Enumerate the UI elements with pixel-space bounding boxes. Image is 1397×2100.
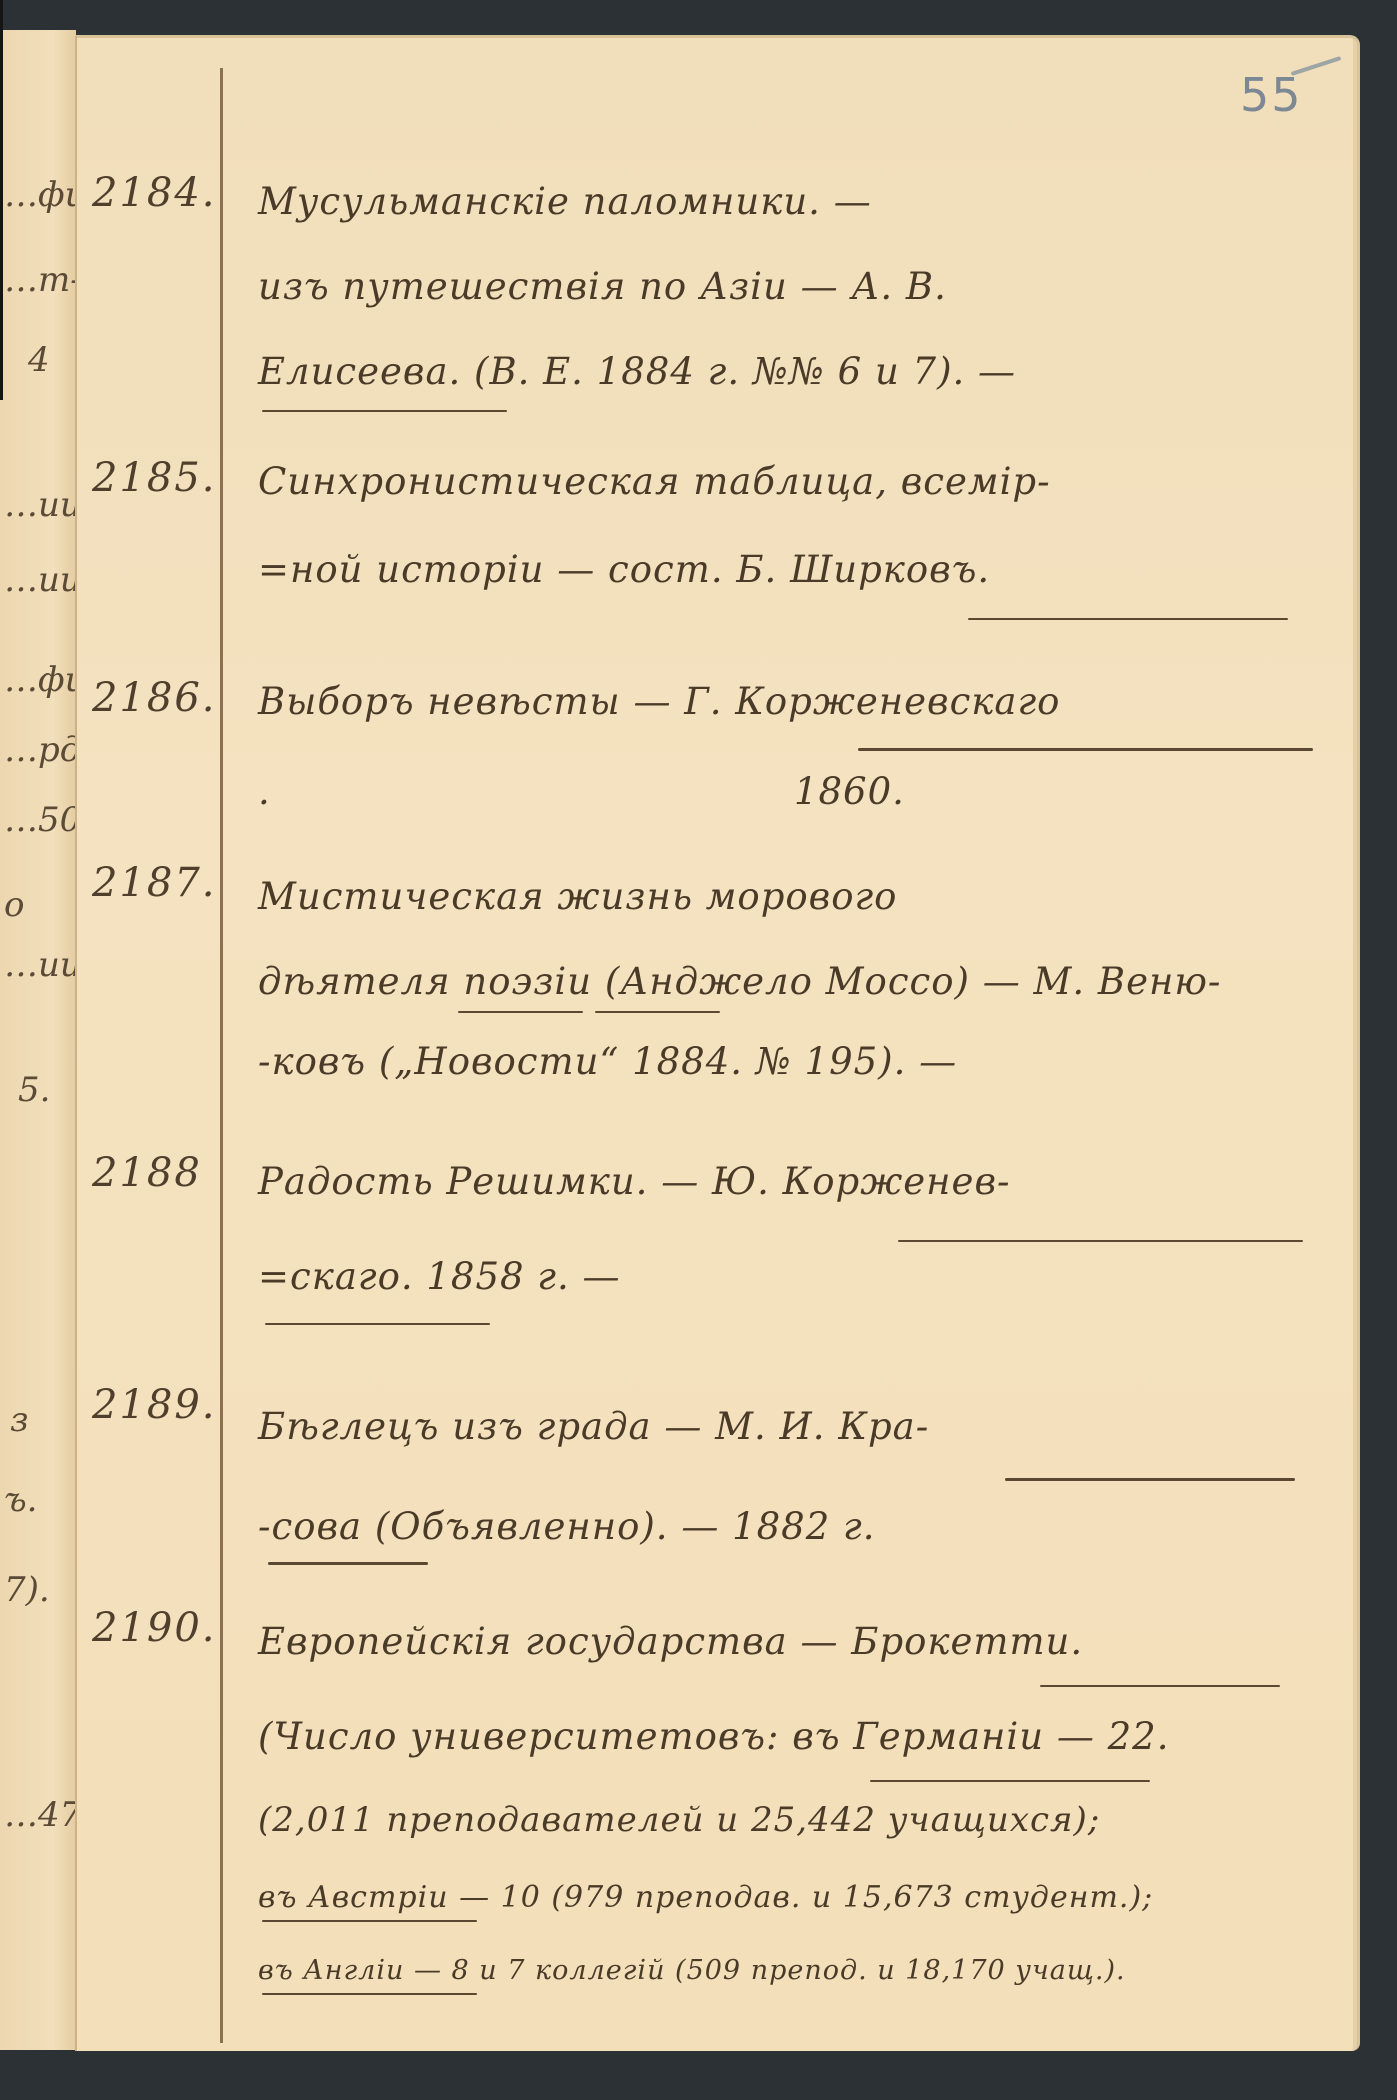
entry-line: Мусульманскіе паломники. — — [258, 180, 872, 223]
entry-number: 2184. — [92, 170, 217, 216]
page-number: 55 — [1240, 68, 1303, 122]
underline — [968, 618, 1288, 620]
entry-line: Европейскія государства — Брокетти. — [258, 1620, 1083, 1663]
underline — [1040, 1685, 1280, 1687]
entry-line: =ной исторіи — сост. Б. Ширковъ. — [258, 548, 990, 591]
entry-line: (2,011 преподавателей и 25,442 учащихся)… — [258, 1800, 1100, 1840]
entry-line: (Число университетовъ: въ Германіи — 22. — [258, 1715, 1169, 1758]
entry-line: Мистическая жизнь морового — [258, 875, 897, 918]
left-page-fragment: з — [10, 1400, 29, 1440]
entry-line: =скаго. 1858 г. — — [258, 1255, 621, 1298]
underline — [870, 1780, 1150, 1782]
left-page-fragment: о — [4, 885, 24, 925]
left-page-fragment: …рд — [4, 730, 81, 770]
entry-line: Выборъ невѣсты — Г. Корженевскаго — [258, 680, 1060, 723]
underline — [458, 1011, 583, 1013]
entry-line: Синхронистическая таблица, всемір- — [258, 460, 1051, 503]
underline — [262, 1993, 477, 1995]
entry-line: Радость Решимки. — Ю. Корженев- — [258, 1160, 1010, 1203]
underline — [858, 748, 1313, 751]
underline — [262, 1920, 477, 1922]
entry-line: . 1860. — [258, 770, 905, 813]
entry-line: Елисеева. (В. Е. 1884 г. №№ 6 и 7). — — [258, 350, 1016, 393]
underline — [265, 1323, 490, 1325]
left-page-fragment: ъ. — [4, 1480, 37, 1520]
entry-line: дѣятеля поэзіи (Анджело Моссо) — М. Веню… — [258, 960, 1221, 1003]
entry-line: въ Австріи — 10 (979 преподав. и 15,673 … — [258, 1880, 1153, 1915]
left-page-fragment: 5. — [18, 1070, 50, 1110]
left-page-fragment: 4 — [28, 340, 50, 380]
entry-number: 2187. — [92, 860, 217, 906]
entry-number: 2188 — [92, 1150, 202, 1196]
entry-number: 2186. — [92, 675, 217, 721]
entry-line: Бѣглецъ изъ града — М. И. Кра- — [258, 1405, 929, 1448]
left-page-edge: …фи, …т-: 4 …ии: …ии; …фи; …рд …50n о …и… — [0, 30, 76, 2050]
entry-number: 2185. — [92, 455, 217, 501]
entry-number: 2189. — [92, 1382, 217, 1428]
underline — [262, 410, 507, 412]
left-dark-strip — [0, 0, 3, 400]
underline — [268, 1562, 428, 1565]
margin-rule — [220, 68, 223, 2043]
entry-line: изъ путешествія по Азіи — А. В. — [258, 265, 947, 308]
entry-line: -ковъ („Новости“ 1884. № 195). — — [258, 1040, 957, 1083]
entry-line: въ Англіи — 8 и 7 коллегій (509 препод. … — [258, 1955, 1126, 1986]
underline — [1005, 1478, 1295, 1481]
underline — [595, 1011, 720, 1013]
entry-number: 2190. — [92, 1605, 217, 1651]
left-page-fragment: 7). — [4, 1570, 50, 1610]
underline — [898, 1240, 1303, 1242]
entry-line: -сова (Объявленно). — 1882 г. — [258, 1505, 875, 1548]
